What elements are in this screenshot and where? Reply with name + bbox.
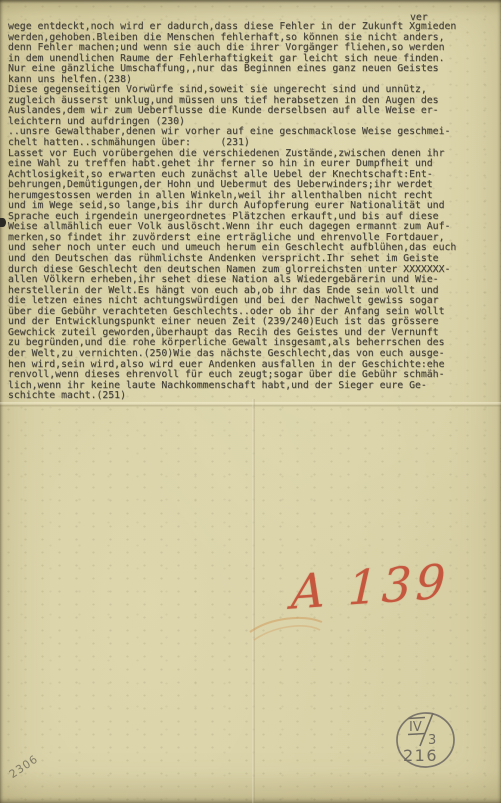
ink-blot (0, 218, 6, 227)
typed-line: wege entdeckt,noch wird er dadurch,dass … (8, 22, 456, 33)
typed-line: chelt hatten..schmähungen über: (231) (8, 138, 456, 149)
document-page: ver wege entdeckt,noch wird er dadurch,d… (0, 0, 501, 803)
red-underline-flourish (246, 610, 330, 648)
typed-line: renvoll,wenn dieses ehrenvoll für euch z… (8, 370, 456, 381)
typed-text-block: wege entdeckt,noch wird er dadurch,dass … (8, 22, 456, 402)
stamp-overline (408, 718, 425, 719)
pencil-corner-number: 2306 (7, 752, 41, 781)
stamp-underline (408, 734, 425, 735)
typed-line: und den Deutschen das rühmlichste Andenk… (8, 254, 456, 265)
stamp-roman: IV (409, 720, 422, 735)
registry-stamp: IV 3 216 (392, 706, 462, 778)
stamp-number: 216 (403, 746, 438, 765)
typed-line: schichte macht.(251) (8, 391, 456, 402)
vertical-fold-crease (252, 399, 255, 803)
typed-line: der Welt,zu vernichten.(250)Wie das näch… (8, 349, 456, 360)
horizontal-fold-crease (0, 402, 501, 407)
